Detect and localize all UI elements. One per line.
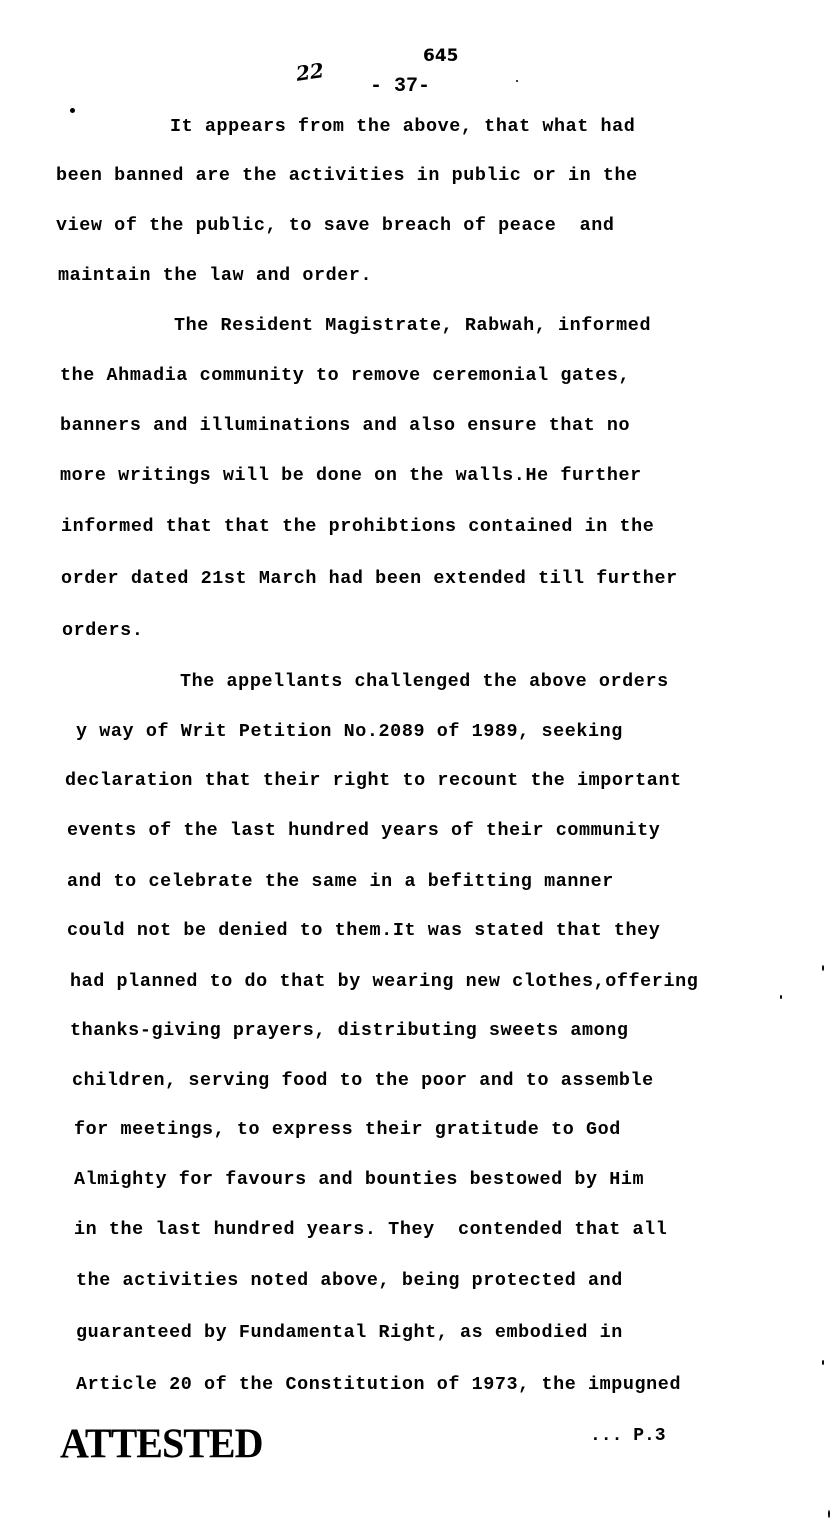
text-line: view of the public, to save breach of pe… [56, 215, 615, 237]
text-line: and to celebrate the same in a befitting… [67, 871, 614, 893]
text-line: in the last hundred years. They contende… [74, 1219, 667, 1241]
text-line: banners and illuminations and also ensur… [60, 415, 630, 437]
text-line: the activities noted above, being protec… [76, 1270, 623, 1292]
text-line: maintain the law and order. [58, 265, 372, 287]
scan-speck [828, 1510, 830, 1518]
scan-speck [822, 1360, 824, 1365]
text-line: orders. [62, 620, 143, 642]
text-line: thanks-giving prayers, distributing swee… [70, 1020, 629, 1042]
document-page: 645 22 - 37- It appears from the above, … [0, 0, 840, 1540]
scan-speck [780, 995, 782, 999]
attested-stamp: ATTESTED [60, 1419, 262, 1468]
text-line: Article 20 of the Constitution of 1973, … [76, 1374, 681, 1396]
sheet-number: - 37- [370, 75, 430, 98]
text-line: The Resident Magistrate, Rabwah, informe… [174, 315, 651, 337]
scan-speck [70, 108, 75, 113]
text-line: had planned to do that by wearing new cl… [70, 971, 698, 993]
text-line: declaration that their right to recount … [65, 770, 682, 792]
handwritten-mark: 22 [294, 58, 325, 86]
text-line: more writings will be done on the walls.… [60, 465, 642, 487]
text-line: guaranteed by Fundamental Right, as embo… [76, 1322, 623, 1344]
scan-speck [516, 80, 518, 82]
text-line: y way of Writ Petition No.2089 of 1989, … [76, 721, 623, 743]
scan-speck [822, 965, 824, 971]
text-line: for meetings, to express their gratitude… [74, 1119, 621, 1141]
text-line: could not be denied to them.It was state… [67, 920, 660, 942]
continued-on-page: ... P.3 [590, 1426, 666, 1446]
text-line: The appellants challenged the above orde… [180, 671, 669, 693]
text-line: events of the last hundred years of thei… [67, 820, 660, 842]
text-line: informed that that the prohibtions conta… [61, 516, 654, 538]
text-line: It appears from the above, that what had [170, 116, 635, 138]
page-number: 645 [423, 46, 459, 66]
text-line: been banned are the activities in public… [56, 165, 638, 187]
text-line: order dated 21st March had been extended… [61, 568, 678, 590]
text-line: the Ahmadia community to remove ceremoni… [60, 365, 630, 387]
text-line: Almighty for favours and bounties bestow… [74, 1169, 644, 1191]
text-line: children, serving food to the poor and t… [72, 1070, 654, 1092]
